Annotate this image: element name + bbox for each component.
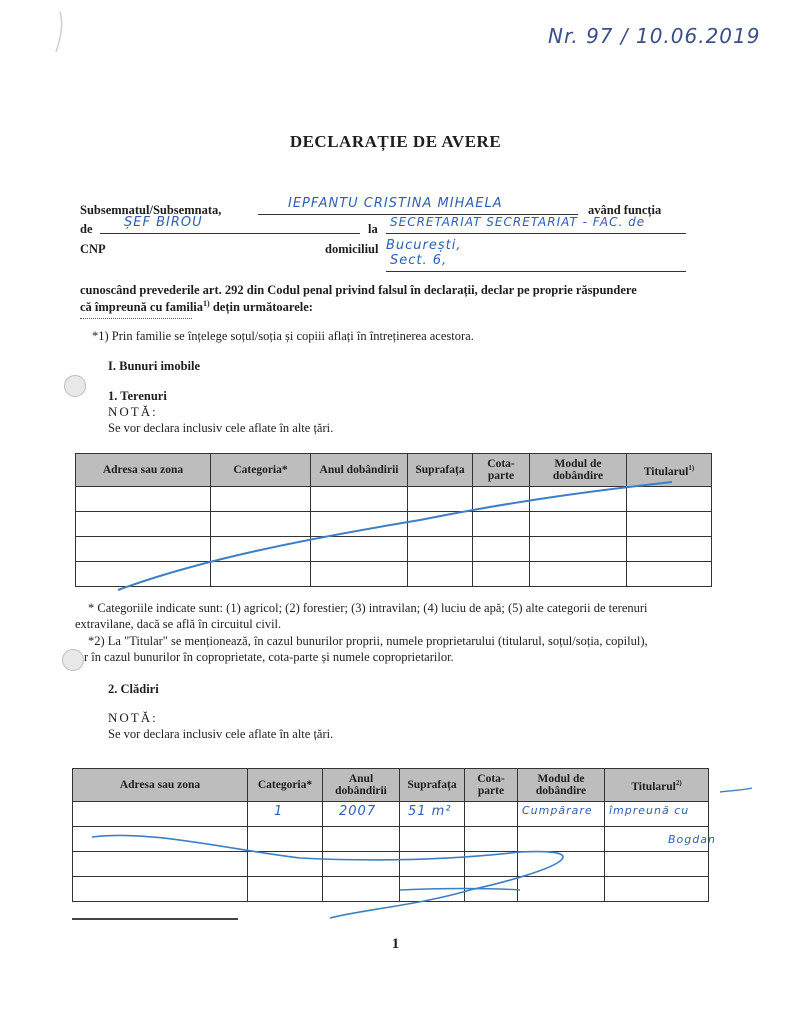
footnote-separator xyxy=(80,318,192,319)
cell[interactable]: Cumpărare xyxy=(518,802,605,827)
registration-number: Nr. 97 / 10.06.2019 xyxy=(548,24,760,48)
cell[interactable] xyxy=(408,512,473,537)
cell[interactable] xyxy=(465,827,518,852)
cell[interactable] xyxy=(248,852,323,877)
buildings-note-label: NOTĂ: xyxy=(108,710,158,726)
cell[interactable] xyxy=(627,562,712,587)
cell[interactable] xyxy=(323,827,400,852)
intro-line2-text: că împreună cu familia xyxy=(80,300,203,314)
domicile-label: domiciliul xyxy=(325,242,378,257)
cell[interactable] xyxy=(518,827,605,852)
cell[interactable] xyxy=(473,537,530,562)
page-number: 1 xyxy=(0,936,791,953)
intro-line2: că împreună cu familia1) dețin următoare… xyxy=(80,299,313,315)
cell[interactable] xyxy=(627,487,712,512)
cell[interactable] xyxy=(311,537,408,562)
cell[interactable] xyxy=(473,512,530,537)
cell[interactable] xyxy=(76,562,211,587)
cell[interactable] xyxy=(76,537,211,562)
domicile-value-line1: București, xyxy=(386,238,462,253)
section-immovable: I. Bunuri imobile xyxy=(108,359,200,374)
function-field[interactable]: ȘEF BIROU xyxy=(100,217,360,234)
cell[interactable] xyxy=(465,877,518,902)
land-table-header: Adresa sau zona Categoria* Anul dobândir… xyxy=(76,454,712,487)
col-owner-label: Titularul xyxy=(644,466,689,478)
footnote-categories-1: * Categoriile indicate sunt: (1) agricol… xyxy=(88,601,648,616)
col-category: Categoria* xyxy=(211,454,311,487)
cnp-label: CNP xyxy=(80,242,106,257)
cell[interactable] xyxy=(323,877,400,902)
punch-hole-icon xyxy=(64,375,86,397)
col-surface: Suprafața xyxy=(408,454,473,487)
footnote-ref: 1) xyxy=(203,299,210,308)
land-heading: 1. Terenuri xyxy=(108,389,167,404)
cell[interactable] xyxy=(73,877,248,902)
cell[interactable]: 2007 xyxy=(323,802,400,827)
land-note-text: Se vor declara inclusiv cele aflate în a… xyxy=(108,421,333,436)
col-share: Cota-parte xyxy=(473,454,530,487)
table-row xyxy=(76,512,712,537)
name-field[interactable]: IEPFANTU CRISTINA MIHAELA xyxy=(258,198,578,215)
cell[interactable] xyxy=(400,827,465,852)
domicile-line2[interactable]: Sect. 6, xyxy=(386,255,686,272)
land-table: Adresa sau zona Categoria* Anul dobândir… xyxy=(75,453,712,587)
cell[interactable] xyxy=(530,487,627,512)
cell[interactable] xyxy=(248,827,323,852)
cell[interactable] xyxy=(408,537,473,562)
table-row xyxy=(76,562,712,587)
cell[interactable] xyxy=(323,852,400,877)
owner-footnote-ref: 1) xyxy=(688,464,694,472)
intro-line2-end: dețin următoarele: xyxy=(210,300,313,314)
owner-name-continuation: Bogdan xyxy=(668,833,716,846)
cell[interactable] xyxy=(473,487,530,512)
table-row xyxy=(73,827,709,852)
domicile-value-line2: Sect. 6, xyxy=(390,253,447,268)
cell[interactable] xyxy=(530,512,627,537)
cell[interactable] xyxy=(73,802,248,827)
at-field[interactable]: SECRETARIAT SECRETARIAT - FAC. de xyxy=(386,217,686,234)
col-share: Cota-parte xyxy=(465,769,518,802)
col-acquisition: Modul de dobândire xyxy=(530,454,627,487)
table-row: 1 2007 51 m² Cumpărare împreună cu xyxy=(73,802,709,827)
cell[interactable] xyxy=(465,802,518,827)
cell[interactable] xyxy=(311,562,408,587)
cell[interactable] xyxy=(400,877,465,902)
cell[interactable] xyxy=(408,562,473,587)
cell[interactable] xyxy=(408,487,473,512)
col-owner: Titularul1) xyxy=(627,454,712,487)
buildings-heading: 2. Clădiri xyxy=(108,682,159,697)
table-row xyxy=(76,487,712,512)
owner-footnote-ref: 2) xyxy=(676,779,682,787)
cell[interactable] xyxy=(211,512,311,537)
cell[interactable] xyxy=(248,877,323,902)
cell[interactable] xyxy=(211,487,311,512)
col-acquisition: Modul de dobândire xyxy=(518,769,605,802)
name-value: IEPFANTU CRISTINA MIHAELA xyxy=(288,196,503,211)
intro-line1: cunoscând prevederile art. 292 din Codul… xyxy=(80,283,637,298)
buildings-table: Adresa sau zona Categoria* Anul dobândir… xyxy=(72,768,709,902)
function-value: ȘEF BIROU xyxy=(124,215,203,230)
col-surface: Suprafața xyxy=(400,769,465,802)
cell[interactable] xyxy=(73,852,248,877)
col-year: Anul dobândirii xyxy=(311,454,408,487)
buildings-note-text: Se vor declara inclusiv cele aflate în a… xyxy=(108,727,333,742)
col-category: Categoria* xyxy=(248,769,323,802)
table-row xyxy=(76,537,712,562)
cell[interactable] xyxy=(605,877,709,902)
cell[interactable] xyxy=(530,537,627,562)
col-year: Anul dobândirii xyxy=(323,769,400,802)
punch-hole-icon xyxy=(62,649,84,671)
cell[interactable] xyxy=(400,852,465,877)
cell[interactable] xyxy=(518,877,605,902)
footnote-titular-2: iar în cazul bunurilor în coproprietate,… xyxy=(75,650,454,665)
cell[interactable] xyxy=(530,562,627,587)
footnote-rule xyxy=(72,918,238,920)
cell[interactable] xyxy=(518,852,605,877)
col-address: Adresa sau zona xyxy=(73,769,248,802)
footnote-categories-2: extravilane, dacă se află în circuitul c… xyxy=(75,617,281,632)
buildings-table-header: Adresa sau zona Categoria* Anul dobândir… xyxy=(73,769,709,802)
cell[interactable] xyxy=(211,537,311,562)
cell[interactable] xyxy=(465,852,518,877)
cell[interactable] xyxy=(627,537,712,562)
table-row xyxy=(73,852,709,877)
cell[interactable]: 1 xyxy=(248,802,323,827)
document-title: DECLARAȚIE DE AVERE xyxy=(0,132,791,152)
col-owner-label: Titularul xyxy=(631,781,676,793)
cell[interactable] xyxy=(311,487,408,512)
cell[interactable] xyxy=(211,562,311,587)
cell[interactable]: 51 m² xyxy=(400,802,465,827)
cell[interactable] xyxy=(76,487,211,512)
col-address: Adresa sau zona xyxy=(76,454,211,487)
cell[interactable] xyxy=(76,512,211,537)
cell[interactable]: împreună cu xyxy=(605,802,709,827)
cell[interactable] xyxy=(627,512,712,537)
function-label: de xyxy=(80,222,93,237)
at-label: la xyxy=(368,222,378,237)
domicile-line1[interactable]: București, xyxy=(386,236,462,254)
land-note-label: NOTĂ: xyxy=(108,404,158,420)
table-row xyxy=(73,877,709,902)
cell[interactable] xyxy=(311,512,408,537)
cell[interactable] xyxy=(73,827,248,852)
footnote-family: *1) Prin familie se înțelege soțul/soția… xyxy=(92,329,474,344)
col-owner: Titularul2) xyxy=(605,769,709,802)
at-value: SECRETARIAT SECRETARIAT - FAC. de xyxy=(390,215,645,229)
footnote-titular-1: *2) La "Titular" se menționează, în cazu… xyxy=(88,634,648,649)
cell[interactable] xyxy=(473,562,530,587)
cell[interactable] xyxy=(605,852,709,877)
